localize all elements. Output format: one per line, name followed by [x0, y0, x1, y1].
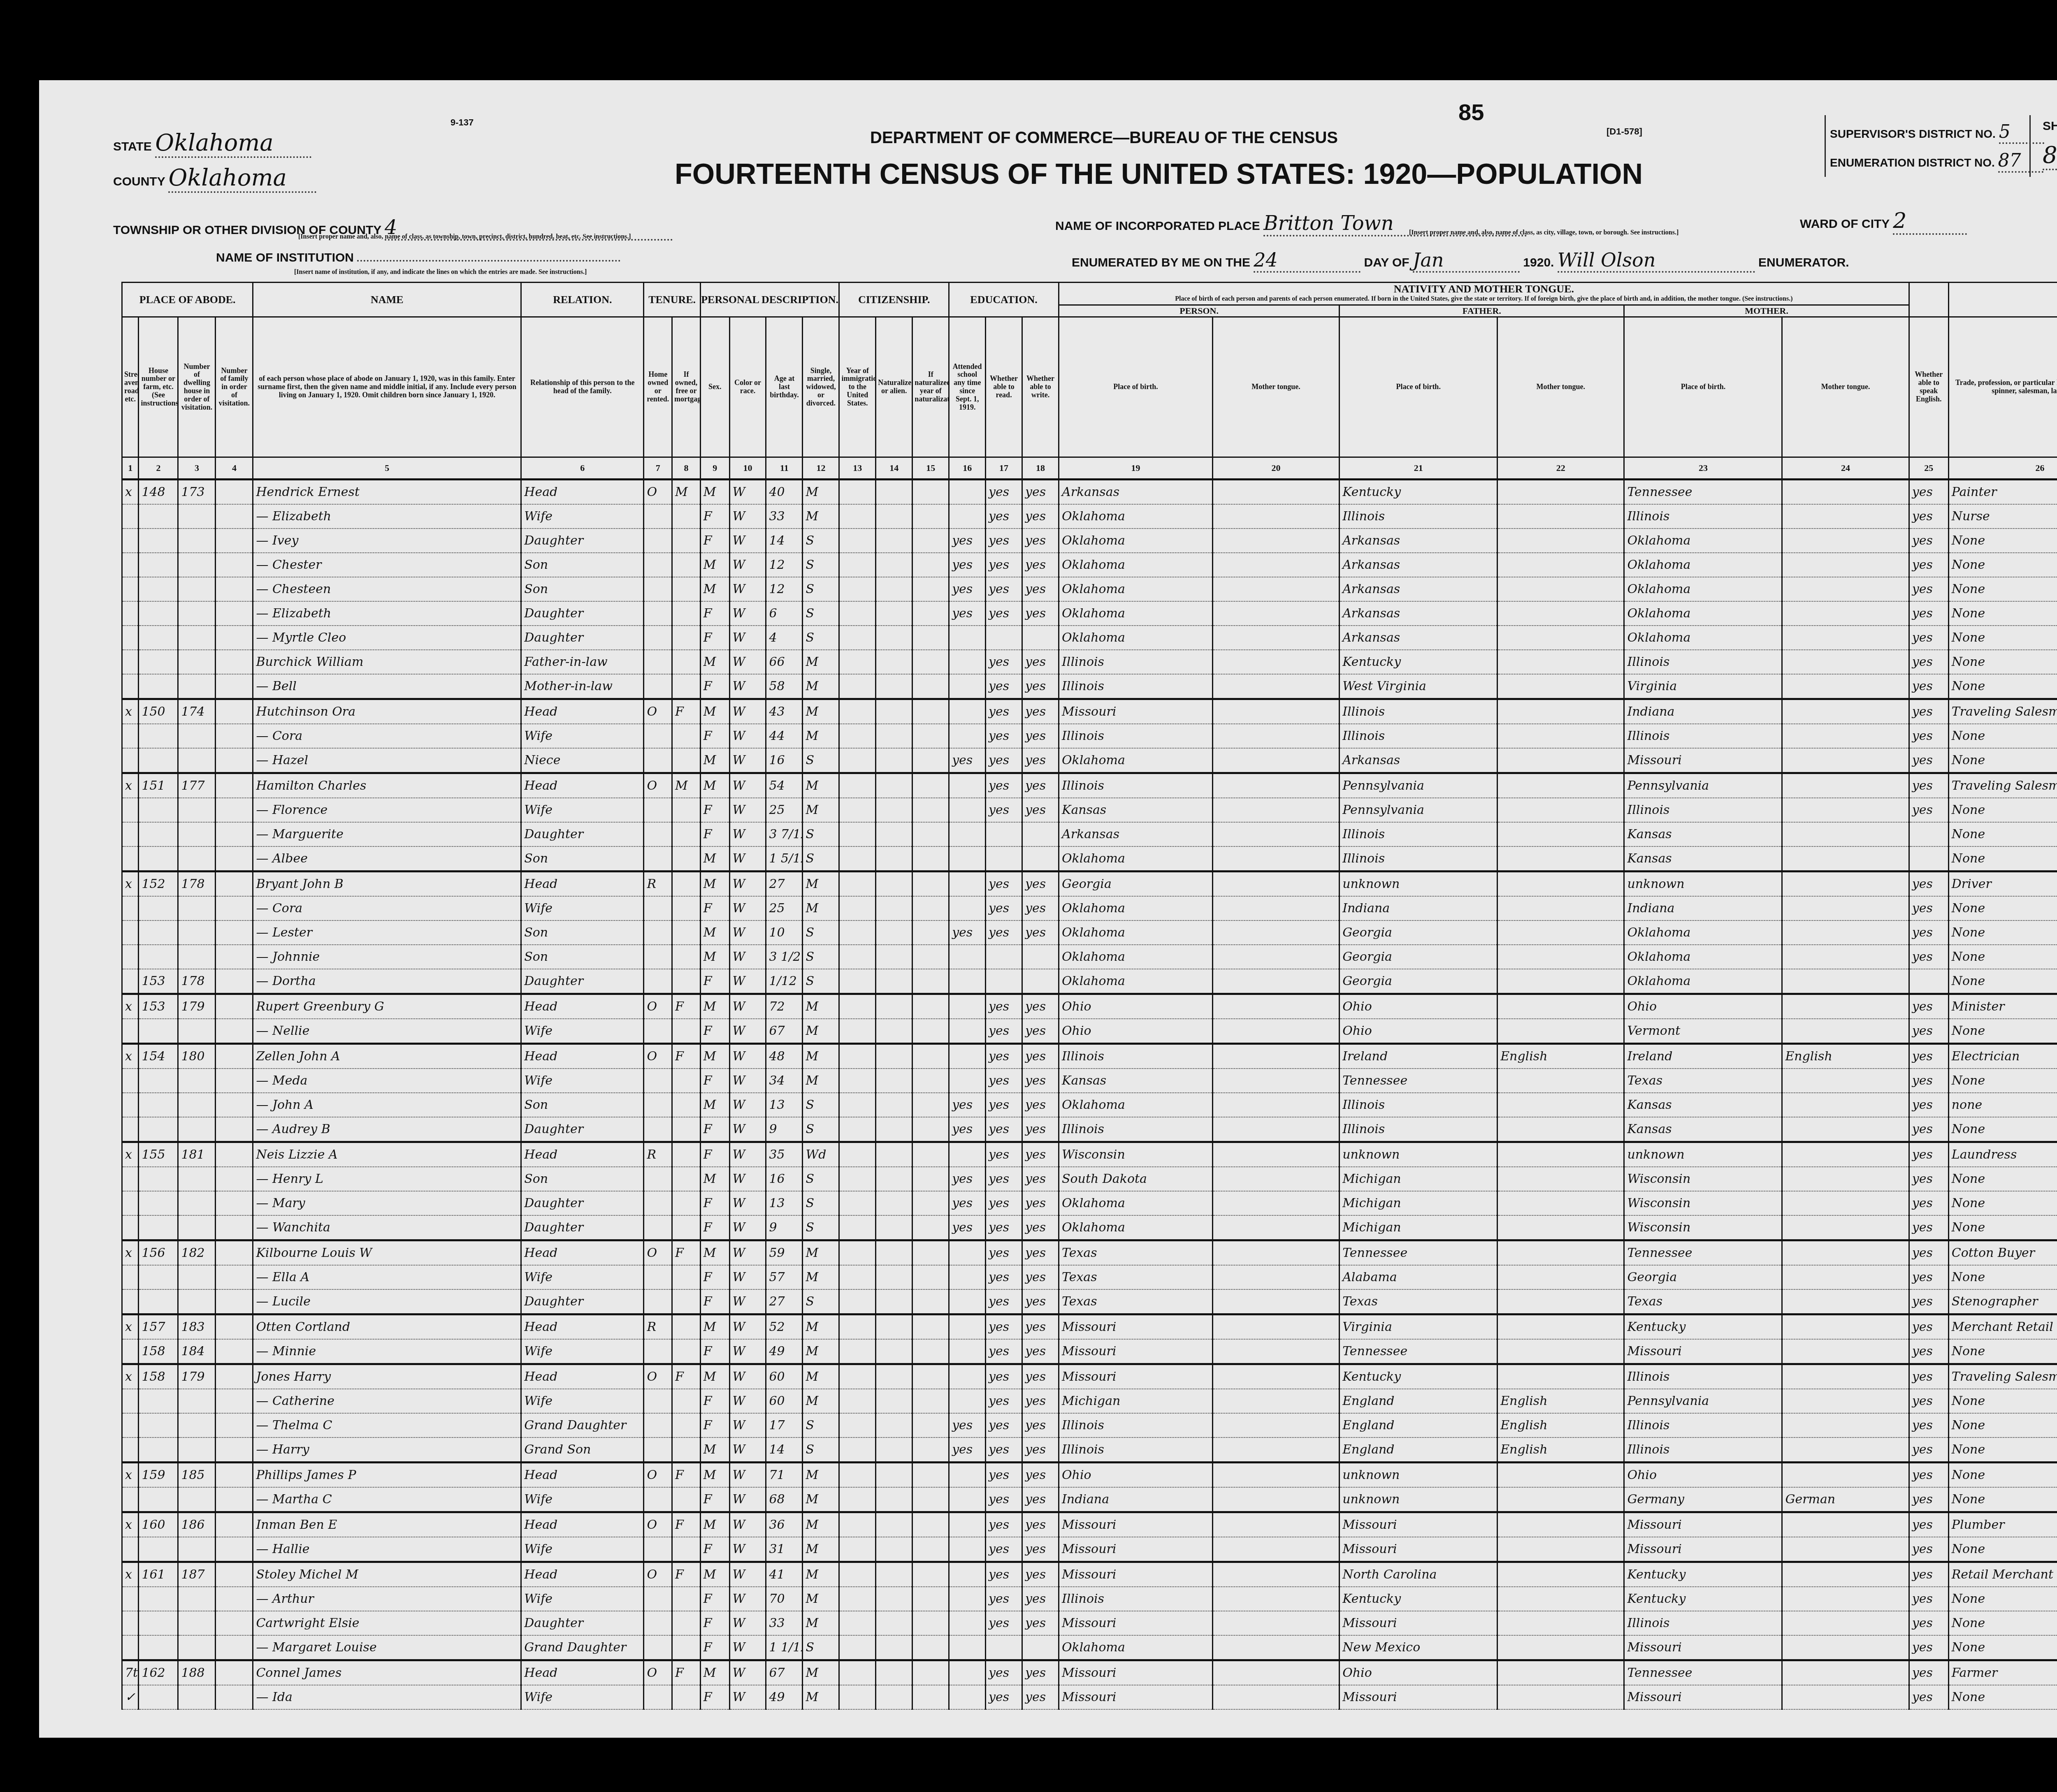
cell-fbirth: Arkansas — [1340, 748, 1497, 773]
cell-street: ✓ — [122, 1685, 139, 1709]
column-label-23: Place of birth. — [1624, 317, 1782, 457]
cell-house: 153 — [139, 994, 178, 1019]
cell-race: W — [729, 577, 766, 601]
cell-birth: Ohio — [1059, 1019, 1212, 1044]
cell-dwelling: 177 — [178, 773, 216, 798]
cell-natyear — [912, 553, 949, 577]
cell-own — [644, 1093, 672, 1117]
column-label-18: Whether able to write. — [1022, 317, 1059, 457]
cell-family — [216, 846, 253, 872]
cell-name: — Henry L — [253, 1167, 521, 1191]
cell-birth: Indiana — [1059, 1487, 1212, 1512]
cell-mtongue — [1782, 674, 1909, 699]
cell-mbirth: Illinois — [1624, 504, 1782, 529]
cell-own — [644, 1215, 672, 1240]
cell-fbirth: Illinois — [1340, 1117, 1497, 1142]
cell-race: W — [729, 1019, 766, 1044]
column-number-26: 26 — [1948, 457, 2057, 480]
cell-age: 72 — [766, 994, 803, 1019]
cell-mbirth: Vermont — [1624, 1019, 1782, 1044]
table-row: x150174Hutchinson OraHeadOFMW43MyesyesMi… — [122, 699, 2057, 724]
cell-fbirth: Michigan — [1340, 1167, 1497, 1191]
cell-age: 16 — [766, 1167, 803, 1191]
table-row: — CatherineWifeFW60MyesyesMichiganEnglan… — [122, 1389, 2057, 1413]
cell-age: 67 — [766, 1019, 803, 1044]
cell-birth: Oklahoma — [1059, 896, 1212, 920]
cell-fbirth: unknown — [1340, 1487, 1497, 1512]
cell-own — [644, 748, 672, 773]
cell-immig — [839, 1044, 876, 1069]
cell-ftongue — [1497, 626, 1624, 650]
cell-name: — Margaret Louise — [253, 1635, 521, 1660]
cell-name: — Lester — [253, 920, 521, 945]
cell-age: 4 — [766, 626, 803, 650]
cell-mbirth: Illinois — [1624, 724, 1782, 748]
cell-nat — [876, 1069, 912, 1093]
cell-mort — [672, 504, 701, 529]
cell-name: — Meda — [253, 1069, 521, 1093]
cell-ptongue — [1212, 1240, 1339, 1266]
cell-birth: Illinois — [1059, 1044, 1212, 1069]
cell-birth: Missouri — [1059, 1512, 1212, 1537]
cell-sex: F — [700, 601, 729, 626]
cell-house — [139, 529, 178, 553]
cell-school — [949, 1512, 986, 1537]
cell-marital: S — [803, 1635, 839, 1660]
cell-birth: Kansas — [1059, 798, 1212, 822]
column-number-3: 3 — [178, 457, 216, 480]
cell-marital: Wd — [803, 1142, 839, 1167]
cell-write: yes — [1022, 1069, 1059, 1093]
cell-dwelling — [178, 674, 216, 699]
cell-nat — [876, 945, 912, 969]
cell-read: yes — [986, 1437, 1022, 1463]
cell-english: yes — [1909, 798, 1948, 822]
table-row: — MargueriteDaughterFW3 7/12SArkansasIll… — [122, 822, 2057, 846]
cell-relation: Wife — [521, 1537, 644, 1562]
cell-mtongue — [1782, 1240, 1909, 1266]
cell-mort: F — [672, 1512, 701, 1537]
cell-ptongue — [1212, 553, 1339, 577]
cell-relation: Daughter — [521, 822, 644, 846]
cell-fbirth: Arkansas — [1340, 529, 1497, 553]
cell-natyear — [912, 896, 949, 920]
cell-race: W — [729, 1389, 766, 1413]
cell-write: yes — [1022, 1191, 1059, 1215]
cell-dwelling — [178, 748, 216, 773]
cell-fbirth: Pennsylvania — [1340, 798, 1497, 822]
column-label-3: Number of dwelling house in order of vis… — [178, 317, 216, 457]
cell-marital: M — [803, 1685, 839, 1709]
cell-marital: M — [803, 1512, 839, 1537]
cell-school — [949, 626, 986, 650]
cell-nat — [876, 1339, 912, 1364]
cell-relation: Wife — [521, 1265, 644, 1289]
cell-natyear — [912, 969, 949, 994]
cell-own — [644, 798, 672, 822]
cell-name: — Bell — [253, 674, 521, 699]
cell-race: W — [729, 1413, 766, 1437]
cell-relation: Head — [521, 1314, 644, 1340]
cell-immig — [839, 994, 876, 1019]
cell-natyear — [912, 1191, 949, 1215]
cell-ptongue — [1212, 1167, 1339, 1191]
cell-read: yes — [986, 1611, 1022, 1635]
cell-ftongue — [1497, 1685, 1624, 1709]
cell-english: yes — [1909, 1117, 1948, 1142]
cell-mbirth: Ohio — [1624, 1463, 1782, 1488]
cell-own — [644, 896, 672, 920]
column-number-17: 17 — [986, 457, 1022, 480]
cell-nat — [876, 1167, 912, 1191]
table-row: 158184— MinnieWifeFW49MyesyesMissouriTen… — [122, 1339, 2057, 1364]
cell-marital: S — [803, 1117, 839, 1142]
table-row: — MedaWifeFW34MyesyesKansasTennesseeTexa… — [122, 1069, 2057, 1093]
cell-mort — [672, 1117, 701, 1142]
cell-dwelling: 184 — [178, 1339, 216, 1364]
cell-relation: Daughter — [521, 626, 644, 650]
cell-immig — [839, 1019, 876, 1044]
cell-mort — [672, 650, 701, 674]
cell-immig — [839, 1437, 876, 1463]
cell-school — [949, 822, 986, 846]
cell-marital: M — [803, 994, 839, 1019]
cell-mbirth: Kansas — [1624, 822, 1782, 846]
cell-write: yes — [1022, 1660, 1059, 1685]
cell-own — [644, 674, 672, 699]
cell-mtongue — [1782, 1635, 1909, 1660]
cell-family — [216, 1364, 253, 1389]
cell-sex: F — [700, 1389, 729, 1413]
cell-write: yes — [1022, 1512, 1059, 1537]
cell-family — [216, 748, 253, 773]
cell-ptongue — [1212, 1512, 1339, 1537]
cell-english: yes — [1909, 896, 1948, 920]
cell-sex: M — [700, 846, 729, 872]
cell-race: W — [729, 1685, 766, 1709]
cell-natyear — [912, 1240, 949, 1266]
cell-mort: F — [672, 994, 701, 1019]
cell-fbirth: Illinois — [1340, 699, 1497, 724]
institution-field: NAME OF INSTITUTION — [216, 251, 620, 265]
cell-marital: M — [803, 1019, 839, 1044]
cell-house — [139, 650, 178, 674]
cell-age: 41 — [766, 1562, 803, 1587]
cell-natyear — [912, 822, 949, 846]
cell-relation: Son — [521, 920, 644, 945]
cell-fbirth: Arkansas — [1340, 577, 1497, 601]
cell-family — [216, 1562, 253, 1587]
cell-mtongue — [1782, 1191, 1909, 1215]
cell-english — [1909, 969, 1948, 994]
cell-fbirth: Missouri — [1340, 1611, 1497, 1635]
table-row: x151177Hamilton CharlesHeadOMMW54Myesyes… — [122, 773, 2057, 798]
cell-mort — [672, 529, 701, 553]
cell-mort: F — [672, 1044, 701, 1069]
column-label-15: If naturalized, year of naturalization. — [912, 317, 949, 457]
table-row: — JohnnieSonMW3 1/2SOklahomaGeorgiaOklah… — [122, 945, 2057, 969]
cell-sex: F — [700, 1635, 729, 1660]
cell-nat — [876, 1635, 912, 1660]
cell-own: O — [644, 480, 672, 505]
cell-birth: Illinois — [1059, 1437, 1212, 1463]
cell-house — [139, 674, 178, 699]
cell-trade: None — [1948, 1635, 2057, 1660]
cell-mort — [672, 1019, 701, 1044]
cell-relation: Head — [521, 872, 644, 897]
column-number-2: 2 — [139, 457, 178, 480]
cell-sex: F — [700, 724, 729, 748]
cell-ptongue — [1212, 529, 1339, 553]
cell-house — [139, 1487, 178, 1512]
cell-birth: South Dakota — [1059, 1167, 1212, 1191]
cell-sex: M — [700, 480, 729, 505]
cell-sex: F — [700, 798, 729, 822]
cell-mtongue — [1782, 773, 1909, 798]
enumerated-month: Jan — [1413, 249, 1520, 273]
cell-ptongue — [1212, 846, 1339, 872]
cell-dwelling: 183 — [178, 1314, 216, 1340]
cell-ptongue — [1212, 1660, 1339, 1685]
cell-street — [122, 504, 139, 529]
cell-age: 70 — [766, 1587, 803, 1611]
cell-sex: F — [700, 504, 729, 529]
cell-ftongue: English — [1497, 1413, 1624, 1437]
state-label: STATE — [113, 140, 152, 153]
cell-fbirth: Georgia — [1340, 945, 1497, 969]
cell-mort — [672, 896, 701, 920]
cell-name: — Wanchita — [253, 1215, 521, 1240]
cell-ptongue — [1212, 920, 1339, 945]
cell-marital: M — [803, 1487, 839, 1512]
cell-race: W — [729, 1437, 766, 1463]
cell-name: Bryant John B — [253, 872, 521, 897]
cell-ptongue — [1212, 724, 1339, 748]
column-label-17: Whether able to read. — [986, 317, 1022, 457]
cell-write: yes — [1022, 1019, 1059, 1044]
cell-birth: Arkansas — [1059, 822, 1212, 846]
cell-mtongue — [1782, 1069, 1909, 1093]
cell-family — [216, 1413, 253, 1437]
cell-dwelling — [178, 553, 216, 577]
cell-ftongue — [1497, 1487, 1624, 1512]
cell-english: yes — [1909, 1093, 1948, 1117]
cell-english: yes — [1909, 1635, 1948, 1660]
column-label-row: Street, avenue, road, etc.House number o… — [122, 317, 2057, 457]
cell-natyear — [912, 1289, 949, 1314]
cell-race: W — [729, 822, 766, 846]
table-row: — Henry LSonMW16SyesyesyesSouth DakotaMi… — [122, 1167, 2057, 1191]
cell-natyear — [912, 1587, 949, 1611]
cell-relation: Head — [521, 1562, 644, 1587]
cell-write: yes — [1022, 994, 1059, 1019]
cell-trade: Painter — [1948, 480, 2057, 505]
column-label-12: Single, married, widowed, or divorced. — [803, 317, 839, 457]
cell-ptongue — [1212, 504, 1339, 529]
cell-street: x — [122, 872, 139, 897]
cell-age: 17 — [766, 1413, 803, 1437]
cell-race: W — [729, 846, 766, 872]
cell-birth: Arkansas — [1059, 480, 1212, 505]
cell-street — [122, 1069, 139, 1093]
cell-race: W — [729, 1167, 766, 1191]
cell-nat — [876, 1364, 912, 1389]
cell-birth: Michigan — [1059, 1389, 1212, 1413]
cell-relation: Wife — [521, 1069, 644, 1093]
group-name: NAME — [253, 283, 521, 317]
cell-natyear — [912, 1512, 949, 1537]
cell-birth: Texas — [1059, 1265, 1212, 1289]
cell-write: yes — [1022, 1685, 1059, 1709]
cell-own — [644, 1611, 672, 1635]
cell-ftongue — [1497, 529, 1624, 553]
cell-age: 9 — [766, 1117, 803, 1142]
cell-ptongue — [1212, 1069, 1339, 1093]
cell-house: 153 — [139, 969, 178, 994]
cell-mort — [672, 798, 701, 822]
cell-school — [949, 1364, 986, 1389]
cell-marital: M — [803, 1364, 839, 1389]
cell-own: R — [644, 1314, 672, 1340]
cell-write: yes — [1022, 1314, 1059, 1340]
cell-school: yes — [949, 601, 986, 626]
cell-mort: F — [672, 1562, 701, 1587]
cell-race: W — [729, 1587, 766, 1611]
cell-own: R — [644, 1142, 672, 1167]
cell-age: 60 — [766, 1364, 803, 1389]
cell-sex: M — [700, 553, 729, 577]
cell-race: W — [729, 1265, 766, 1289]
cell-trade: Traveling Salesman — [1948, 699, 2057, 724]
cell-mort: M — [672, 773, 701, 798]
cell-house: 160 — [139, 1512, 178, 1537]
cell-dwelling — [178, 1167, 216, 1191]
cell-english: yes — [1909, 1611, 1948, 1635]
cell-school: yes — [949, 1167, 986, 1191]
cell-english: yes — [1909, 1512, 1948, 1537]
cell-english: yes — [1909, 1562, 1948, 1587]
cell-birth: Missouri — [1059, 1364, 1212, 1389]
cell-english: yes — [1909, 504, 1948, 529]
cell-mbirth: Germany — [1624, 1487, 1782, 1512]
cell-relation: Head — [521, 1044, 644, 1069]
cell-own — [644, 1487, 672, 1512]
cell-sex: F — [700, 1611, 729, 1635]
column-number-9: 9 — [700, 457, 729, 480]
cell-family — [216, 1069, 253, 1093]
cell-read: yes — [986, 1537, 1022, 1562]
cell-mort: F — [672, 699, 701, 724]
cell-fbirth: Arkansas — [1340, 553, 1497, 577]
cell-own — [644, 504, 672, 529]
cell-birth: Illinois — [1059, 1587, 1212, 1611]
cell-nat — [876, 1587, 912, 1611]
cell-birth: Oklahoma — [1059, 969, 1212, 994]
cell-birth: Oklahoma — [1059, 1215, 1212, 1240]
cell-age: 34 — [766, 1069, 803, 1093]
cell-nat — [876, 1314, 912, 1340]
cell-mort — [672, 1413, 701, 1437]
cell-marital: M — [803, 724, 839, 748]
cell-race: W — [729, 1314, 766, 1340]
cell-mtongue — [1782, 1611, 1909, 1635]
cell-immig — [839, 1069, 876, 1093]
cell-ftongue — [1497, 577, 1624, 601]
cell-read: yes — [986, 1364, 1022, 1389]
cell-marital: S — [803, 846, 839, 872]
cell-natyear — [912, 748, 949, 773]
cell-name: Cartwright Elsie — [253, 1611, 521, 1635]
state-value: Oklahoma — [155, 130, 311, 158]
cell-english: yes — [1909, 748, 1948, 773]
cell-house: 156 — [139, 1240, 178, 1266]
cell-english: yes — [1909, 1463, 1948, 1488]
cell-mtongue — [1782, 1142, 1909, 1167]
cell-school — [949, 1463, 986, 1488]
cell-house — [139, 724, 178, 748]
cell-mtongue — [1782, 1019, 1909, 1044]
cell-write: yes — [1022, 920, 1059, 945]
cell-mbirth: Kentucky — [1624, 1562, 1782, 1587]
cell-ptongue — [1212, 1463, 1339, 1488]
cell-school — [949, 994, 986, 1019]
cell-birth: Ohio — [1059, 1463, 1212, 1488]
cell-name: — Ida — [253, 1685, 521, 1709]
cell-trade: None — [1948, 1537, 2057, 1562]
cell-english: yes — [1909, 529, 1948, 553]
cell-relation: Head — [521, 1364, 644, 1389]
cell-ftongue — [1497, 1339, 1624, 1364]
cell-write: yes — [1022, 1044, 1059, 1069]
cell-mort — [672, 601, 701, 626]
cell-mort — [672, 1265, 701, 1289]
cell-family — [216, 1487, 253, 1512]
column-label-26: Trade, profession, or particular kind of… — [1948, 317, 2057, 457]
cell-ftongue — [1497, 1117, 1624, 1142]
cell-age: 40 — [766, 480, 803, 505]
cell-natyear — [912, 1019, 949, 1044]
cell-trade: None — [1948, 920, 2057, 945]
cell-mtongue — [1782, 1512, 1909, 1537]
cell-race: W — [729, 650, 766, 674]
table-row: — ChesterSonMW12SyesyesyesOklahomaArkans… — [122, 553, 2057, 577]
column-number-14: 14 — [876, 457, 912, 480]
cell-school: yes — [949, 1191, 986, 1215]
cell-nat — [876, 650, 912, 674]
cell-marital: M — [803, 1537, 839, 1562]
cell-age: 10 — [766, 920, 803, 945]
cell-age: 49 — [766, 1685, 803, 1709]
table-row: Burchick WilliamFather-in-lawMW66Myesyes… — [122, 650, 2057, 674]
cell-mtongue — [1782, 577, 1909, 601]
cell-natyear — [912, 945, 949, 969]
cell-mbirth: Georgia — [1624, 1265, 1782, 1289]
cell-dwelling — [178, 822, 216, 846]
cell-school — [949, 1660, 986, 1685]
cell-nat — [876, 1660, 912, 1685]
cell-write: yes — [1022, 577, 1059, 601]
cell-natyear — [912, 480, 949, 505]
table-row: — IveyDaughterFW14SyesyesyesOklahomaArka… — [122, 529, 2057, 553]
cell-school: yes — [949, 920, 986, 945]
cell-natyear — [912, 1562, 949, 1587]
cell-mtongue — [1782, 896, 1909, 920]
cell-ftongue — [1497, 1265, 1624, 1289]
cell-birth: Oklahoma — [1059, 1093, 1212, 1117]
cell-fbirth: Ohio — [1340, 994, 1497, 1019]
cell-relation: Grand Son — [521, 1437, 644, 1463]
cell-read: yes — [986, 773, 1022, 798]
